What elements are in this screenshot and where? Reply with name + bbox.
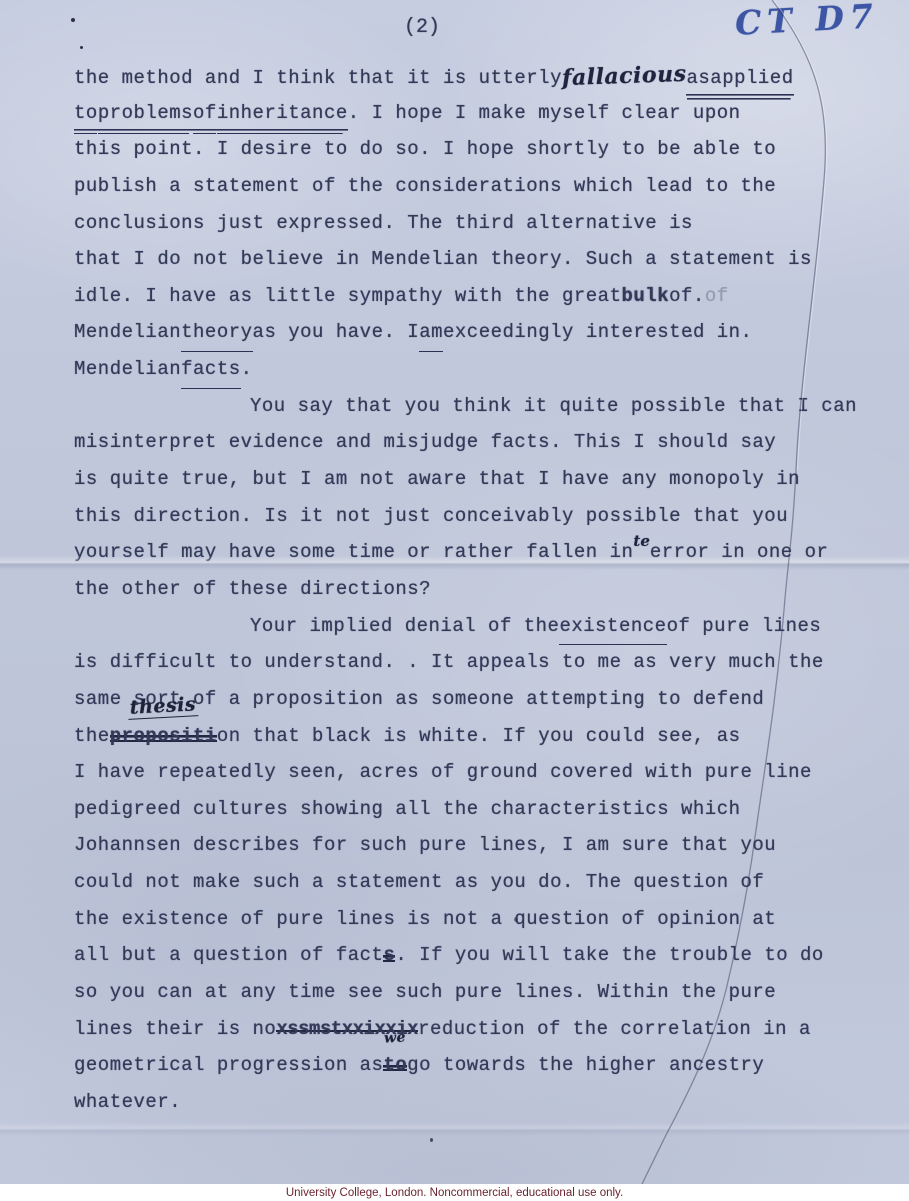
typed-segment: of	[193, 95, 217, 135]
typed-line: idle. I have as little sympathy with the…	[74, 278, 850, 315]
typed-line: I have repeatedly seen, acres of ground …	[74, 754, 850, 791]
typed-segment: on that black is white. If you could see…	[217, 718, 741, 755]
typed-segment: is difficult to understand. . It appeals…	[74, 644, 824, 681]
ink-speck	[514, 917, 518, 922]
typed-line: could not make such a statement as you d…	[74, 864, 850, 901]
letter-page: CT D7 (2) the method and I think that it…	[0, 0, 909, 1184]
typed-line: so you can at any time see such pure lin…	[74, 974, 850, 1011]
typed-line: is quite true, but I am not aware that I…	[74, 461, 850, 498]
typed-segment: misinterpret evidence and misjudge facts…	[74, 424, 776, 461]
typed-line: the existence of pure lines is not a que…	[74, 901, 850, 938]
typed-line: is difficult to understand. . It appeals…	[74, 644, 850, 681]
typed-line: conclusions just expressed. The third al…	[74, 205, 850, 242]
typed-segment: publish a statement of the consideration…	[74, 168, 776, 205]
credit-text: University College, London. Noncommercia…	[286, 1187, 623, 1199]
typed-segment: of pure lines	[667, 608, 822, 645]
credit-bar: University College, London. Noncommercia…	[0, 1184, 909, 1201]
ink-speck	[690, 334, 692, 337]
typed-segment: of	[705, 278, 729, 315]
typed-segment: Mendelian	[74, 314, 181, 351]
typed-segment: whatever.	[74, 1084, 181, 1121]
typed-segment: to	[74, 95, 98, 135]
typed-segment: s	[383, 937, 395, 974]
typed-line: You say that you think it quite possible…	[74, 388, 850, 425]
ink-speck	[430, 1138, 433, 1142]
typed-segment: . If you will take the trouble to do	[395, 937, 823, 974]
typed-letter-body: the method and I think that it is utterl…	[74, 58, 850, 1121]
typed-line: Mendelian facts.	[74, 351, 850, 388]
typed-line: all but a question of facts. If you will…	[74, 937, 850, 974]
typed-line: misinterpret evidence and misjudge facts…	[74, 424, 850, 461]
typed-segment: all but a question of fact	[74, 937, 383, 974]
typed-segment: the existence of pure lines is not a que…	[74, 901, 776, 938]
typed-segment: towe	[383, 1047, 407, 1084]
typed-segment: am	[419, 314, 443, 352]
typed-segment: that I do not believe in Mendelian theor…	[74, 241, 812, 278]
typed-segment: conclusions just expressed. The third al…	[74, 205, 693, 242]
typed-segment: propositithesis	[110, 718, 217, 755]
typed-segment: theory	[181, 314, 252, 352]
typed-segment: this point. I desire to do so. I hope sh…	[74, 131, 776, 168]
typed-segment: existence	[559, 608, 666, 646]
typed-segment: error in one or	[650, 534, 829, 571]
typed-line: to problems of inheritance. I hope I mak…	[74, 95, 850, 132]
typed-segment: so you can at any time see such pure lin…	[74, 974, 776, 1011]
handwritten-insertion: te	[633, 523, 649, 560]
ink-speck	[80, 46, 83, 49]
typed-segment: You say that you think it quite possible…	[250, 388, 857, 425]
typed-segment: .	[241, 351, 253, 388]
typed-line: whatever.	[74, 1084, 850, 1121]
handwritten-correction: thesis	[128, 695, 199, 720]
typed-segment: problems	[98, 95, 193, 135]
typed-segment: inheritance	[217, 95, 348, 135]
typed-segment: yourself may have some time or rather fa…	[74, 534, 633, 571]
typed-line: that I do not believe in Mendelian theor…	[74, 241, 850, 278]
typed-line: yourself may have some time or rather fa…	[74, 534, 850, 571]
typed-segment: the	[74, 718, 110, 755]
typed-line: this direction. Is it not just conceivab…	[74, 498, 850, 535]
typed-line: this point. I desire to do so. I hope sh…	[74, 131, 850, 168]
typed-segment: go towards the higher ancestry	[407, 1047, 764, 1084]
typed-segment: facts	[181, 351, 241, 389]
typed-line: lines their is no xssmstxxixxixreduction…	[74, 1011, 850, 1048]
horizontal-fold-crease	[0, 1122, 909, 1136]
typed-segment: Your implied denial of the	[250, 608, 559, 645]
typed-segment: of.	[669, 278, 705, 315]
typed-line: the method and I think that it is utterl…	[74, 58, 850, 95]
archive-mark-handwriting: CT D7	[734, 0, 880, 43]
typed-segment: could not make such a statement as you d…	[74, 864, 764, 901]
typed-line: Your implied denial of the existence of …	[74, 608, 850, 645]
typed-line: Mendelian theory as you have. I am excee…	[74, 314, 850, 351]
typed-segment: . I hope I make myself clear upon	[348, 95, 741, 132]
typed-line: geometrical progression as towe go towar…	[74, 1047, 850, 1084]
handwritten-insertion: fallacious	[561, 56, 687, 97]
typed-segment: exceedingly interested in.	[443, 314, 752, 351]
typed-segment: the other of these directions?	[74, 571, 431, 608]
typed-line: the other of these directions?	[74, 571, 850, 608]
typed-line: pedigreed cultures showing all the chara…	[74, 791, 850, 828]
typed-line: publish a statement of the consideration…	[74, 168, 850, 205]
typed-segment: pedigreed cultures showing all the chara…	[74, 791, 741, 828]
typed-segment: I have repeatedly seen, acres of ground …	[74, 754, 812, 791]
typed-segment: as you have. I	[253, 314, 420, 351]
typed-segment: this direction. Is it not just conceivab…	[74, 498, 788, 535]
typed-segment: Johannsen describes for such pure lines,…	[74, 827, 776, 864]
typed-segment: bulk	[622, 278, 670, 315]
page-number: (2)	[404, 16, 440, 39]
typed-segment: is quite true, but I am not aware that I…	[74, 461, 800, 498]
handwritten-correction: we	[382, 1031, 409, 1047]
typed-segment: lines their is no	[74, 1011, 276, 1048]
typed-segment: the method and I think that it is utterl…	[74, 60, 562, 97]
typed-line: Johannsen describes for such pure lines,…	[74, 827, 850, 864]
typed-segment: geometrical progression as	[74, 1047, 383, 1084]
typed-segment: Mendelian	[74, 351, 181, 388]
typed-line: the propositithesison that black is whit…	[74, 718, 850, 755]
ink-speck	[71, 18, 75, 22]
typed-segment: idle. I have as little sympathy with the…	[74, 278, 622, 315]
typed-segment: reduction of the correlation in a	[418, 1011, 811, 1048]
